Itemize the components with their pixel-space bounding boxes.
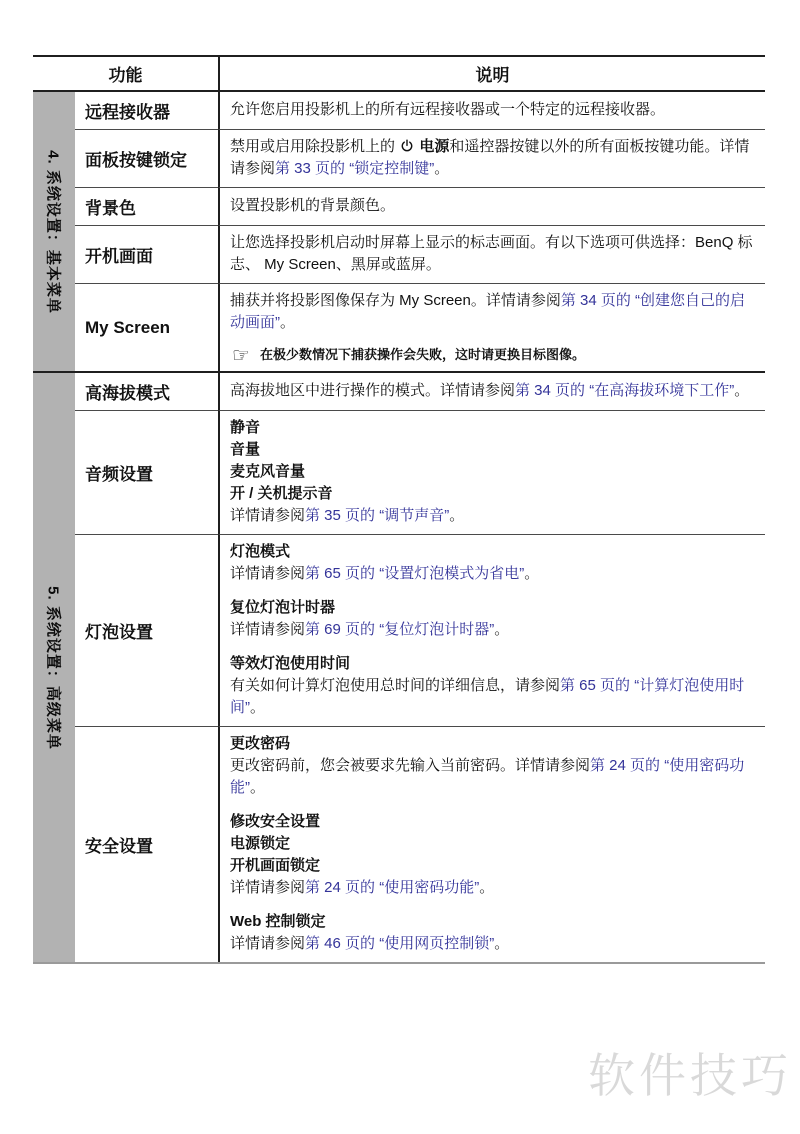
description-cell: 设置投影机的背景颜色。 <box>218 187 765 225</box>
table-body: 4. 系统设置：基本菜单远程接收器允许您启用投影机上的所有远程接收器或一个特定的… <box>33 90 765 962</box>
text: 设置投影机的背景颜色。 <box>230 197 395 214</box>
description-line: 详情请参阅第 46 页的 “使用网页控制锁”。 <box>230 933 755 955</box>
text: 。 <box>494 935 509 952</box>
description-line: 音量 <box>230 439 755 461</box>
bold-text: 麦克风音量 <box>230 463 305 480</box>
function-cell: 面板按键锁定 <box>75 129 218 187</box>
description-block: 更改密码更改密码前，您会被要求先输入当前密码。详情请参阅第 24 页的 “使用密… <box>230 733 755 799</box>
page-link[interactable]: 第 65 页的 “设置灯泡模式为省电” <box>305 565 524 582</box>
bold-text: 音量 <box>230 441 260 458</box>
watermark: 软件技巧 <box>588 1039 792 1106</box>
description-block: 高海拔地区中进行操作的模式。详情请参阅第 34 页的 “在高海拔环境下工作”。 <box>230 380 755 402</box>
description-line: 允许您启用投影机上的所有远程接收器或一个特定的远程接收器。 <box>230 99 755 121</box>
text: 让您选择投影机启动时屏幕上显示的标志画面。有以下选项可供选择：BenQ 标志、 … <box>230 234 753 273</box>
text: 允许您启用投影机上的所有远程接收器或一个特定的远程接收器。 <box>230 101 665 118</box>
description-line: 静音 <box>230 417 755 439</box>
description-block: 设置投影机的背景颜色。 <box>230 195 755 217</box>
description-line: 复位灯泡计时器 <box>230 597 755 619</box>
description-cell: 灯泡模式详情请参阅第 65 页的 “设置灯泡模式为省电”。复位灯泡计时器详情请参… <box>218 534 765 726</box>
bold-text: 电源锁定 <box>230 835 290 852</box>
description-cell: 捕获并将投影图像保存为 My Screen。详情请参阅第 34 页的 “创建您自… <box>218 283 765 371</box>
description-cell: 更改密码更改密码前，您会被要求先输入当前密码。详情请参阅第 24 页的 “使用密… <box>218 726 765 962</box>
description-line: Web 控制锁定 <box>230 911 755 933</box>
description-line: 灯泡模式 <box>230 541 755 563</box>
function-cell: 高海拔模式 <box>75 373 218 410</box>
text: 更改密码前，您会被要求先输入当前密码。详情请参阅 <box>230 757 590 774</box>
text: 捕获并将投影图像保存为 My Screen。详情请参阅 <box>230 292 561 309</box>
description-line: 设置投影机的背景颜色。 <box>230 195 755 217</box>
bold-text: 复位灯泡计时器 <box>230 599 335 616</box>
header-description-label: 说明 <box>218 57 765 90</box>
text: 。 <box>449 507 464 524</box>
page-link[interactable]: 第 69 页的 “复位灯泡计时器” <box>305 621 494 638</box>
bold-text: 电源 <box>415 138 449 155</box>
sidebar-label: 4. 系统设置：基本菜单 <box>44 150 65 314</box>
description-line: 麦克风音量 <box>230 461 755 483</box>
description-block: 禁用或启用除投影机上的 电源和遥控器按键以外的所有面板按键功能。详情请参阅第 3… <box>230 136 755 180</box>
description-cell: 允许您启用投影机上的所有远程接收器或一个特定的远程接收器。 <box>218 92 765 129</box>
description-cell: 高海拔地区中进行操作的模式。详情请参阅第 34 页的 “在高海拔环境下工作”。 <box>218 373 765 410</box>
description-line: 电源锁定 <box>230 833 755 855</box>
page-link[interactable]: 第 46 页的 “使用网页控制锁” <box>305 935 494 952</box>
text: 禁用或启用除投影机上的 <box>230 138 399 155</box>
function-cell: 音频设置 <box>75 410 218 534</box>
description-block: 允许您启用投影机上的所有远程接收器或一个特定的远程接收器。 <box>230 99 755 121</box>
description-line: 禁用或启用除投影机上的 电源和遥控器按键以外的所有面板按键功能。详情请参阅第 3… <box>230 136 755 180</box>
text: 有关如何计算灯泡使用总时间的详细信息，请参阅 <box>230 677 560 694</box>
text: 。 <box>280 314 295 331</box>
description-line: 捕获并将投影图像保存为 My Screen。详情请参阅第 34 页的 “创建您自… <box>230 290 755 334</box>
function-cell: 开机画面 <box>75 225 218 283</box>
description-line: 开 / 关机提示音 <box>230 483 755 505</box>
description-line: 详情请参阅第 65 页的 “设置灯泡模式为省电”。 <box>230 563 755 585</box>
description-block: 静音音量麦克风音量开 / 关机提示音详情请参阅第 35 页的 “调节声音”。 <box>230 417 755 527</box>
function-cell: 远程接收器 <box>75 92 218 129</box>
description-cell: 静音音量麦克风音量开 / 关机提示音详情请参阅第 35 页的 “调节声音”。 <box>218 410 765 534</box>
table-header: 功能 说明 <box>33 57 765 90</box>
sidebar-label: 5. 系统设置：高级菜单 <box>44 586 65 750</box>
section-sidebar: 5. 系统设置：高级菜单 <box>33 373 75 962</box>
table-section: 4. 系统设置：基本菜单远程接收器允许您启用投影机上的所有远程接收器或一个特定的… <box>33 90 765 371</box>
bold-text: 静音 <box>230 419 260 436</box>
text: 详情请参阅 <box>230 879 305 896</box>
text: 高海拔地区中进行操作的模式。详情请参阅 <box>230 382 515 399</box>
description-line: 详情请参阅第 35 页的 “调节声音”。 <box>230 505 755 527</box>
pointing-hand-icon: ☞ <box>232 346 250 364</box>
description-block: 修改安全设置电源锁定开机画面锁定详情请参阅第 24 页的 “使用密码功能”。 <box>230 811 755 899</box>
note-text: 在极少数情况下捕获操作会失败，这时请更换目标图像。 <box>260 346 585 364</box>
bold-text: 灯泡模式 <box>230 543 290 560</box>
description-line: 等效灯泡使用时间 <box>230 653 755 675</box>
text: 详情请参阅 <box>230 507 305 524</box>
function-cell: 灯泡设置 <box>75 534 218 726</box>
bold-text: 更改密码 <box>230 735 290 752</box>
description-line: 更改密码前，您会被要求先输入当前密码。详情请参阅第 24 页的 “使用密码功能”… <box>230 755 755 799</box>
description-block: 等效灯泡使用时间有关如何计算灯泡使用总时间的详细信息，请参阅第 65 页的 “计… <box>230 653 755 719</box>
power-icon <box>400 139 414 153</box>
description-line: 详情请参阅第 24 页的 “使用密码功能”。 <box>230 877 755 899</box>
description-line: 开机画面锁定 <box>230 855 755 877</box>
page-link[interactable]: 第 33 页的 “锁定控制键” <box>275 160 434 177</box>
function-cell: 安全设置 <box>75 726 218 962</box>
table-section: 5. 系统设置：高级菜单高海拔模式高海拔地区中进行操作的模式。详情请参阅第 34… <box>33 371 765 962</box>
description-block: 复位灯泡计时器详情请参阅第 69 页的 “复位灯泡计时器”。 <box>230 597 755 641</box>
description-line: 让您选择投影机启动时屏幕上显示的标志画面。有以下选项可供选择：BenQ 标志、 … <box>230 232 755 276</box>
text: 详情请参阅 <box>230 621 305 638</box>
text: 详情请参阅 <box>230 935 305 952</box>
header-function-label: 功能 <box>33 57 218 90</box>
bold-text: Web 控制锁定 <box>230 913 326 930</box>
description-cell: 让您选择投影机启动时屏幕上显示的标志画面。有以下选项可供选择：BenQ 标志、 … <box>218 225 765 283</box>
description-line: 详情请参阅第 69 页的 “复位灯泡计时器”。 <box>230 619 755 641</box>
text: 。 <box>479 879 494 896</box>
text: 。 <box>250 699 265 716</box>
description-block: 灯泡模式详情请参阅第 65 页的 “设置灯泡模式为省电”。 <box>230 541 755 585</box>
description-block: Web 控制锁定详情请参阅第 46 页的 “使用网页控制锁”。 <box>230 911 755 955</box>
page-link[interactable]: 第 35 页的 “调节声音” <box>305 507 449 524</box>
description-line: 修改安全设置 <box>230 811 755 833</box>
bold-text: 等效灯泡使用时间 <box>230 655 350 672</box>
section-sidebar: 4. 系统设置：基本菜单 <box>33 92 75 371</box>
bold-text: 开 / 关机提示音 <box>230 485 333 502</box>
note: ☞在极少数情况下捕获操作会失败，这时请更换目标图像。 <box>230 346 755 364</box>
text: 。 <box>734 382 749 399</box>
manual-table: 功能 说明 4. 系统设置：基本菜单远程接收器允许您启用投影机上的所有远程接收器… <box>33 55 765 964</box>
text: 。 <box>524 565 539 582</box>
description-cell: 禁用或启用除投影机上的 电源和遥控器按键以外的所有面板按键功能。详情请参阅第 3… <box>218 129 765 187</box>
description-block: 捕获并将投影图像保存为 My Screen。详情请参阅第 34 页的 “创建您自… <box>230 290 755 334</box>
description-line: 更改密码 <box>230 733 755 755</box>
text: 。 <box>250 779 265 796</box>
page-link[interactable]: 第 24 页的 “使用密码功能” <box>305 879 479 896</box>
text: 。 <box>434 160 449 177</box>
description-line: 有关如何计算灯泡使用总时间的详细信息，请参阅第 65 页的 “计算灯泡使用时间”… <box>230 675 755 719</box>
page: { "colors": { "link": "#333399", "sideba… <box>0 0 800 1134</box>
page-link[interactable]: 第 34 页的 “在高海拔环境下工作” <box>515 382 734 399</box>
bold-text: 开机画面锁定 <box>230 857 320 874</box>
description-block: 让您选择投影机启动时屏幕上显示的标志画面。有以下选项可供选择：BenQ 标志、 … <box>230 232 755 276</box>
bold-text: 修改安全设置 <box>230 813 320 830</box>
text: 详情请参阅 <box>230 565 305 582</box>
function-cell: My Screen <box>75 283 218 371</box>
text: 。 <box>494 621 509 638</box>
description-line: 高海拔地区中进行操作的模式。详情请参阅第 34 页的 “在高海拔环境下工作”。 <box>230 380 755 402</box>
function-cell: 背景色 <box>75 187 218 225</box>
